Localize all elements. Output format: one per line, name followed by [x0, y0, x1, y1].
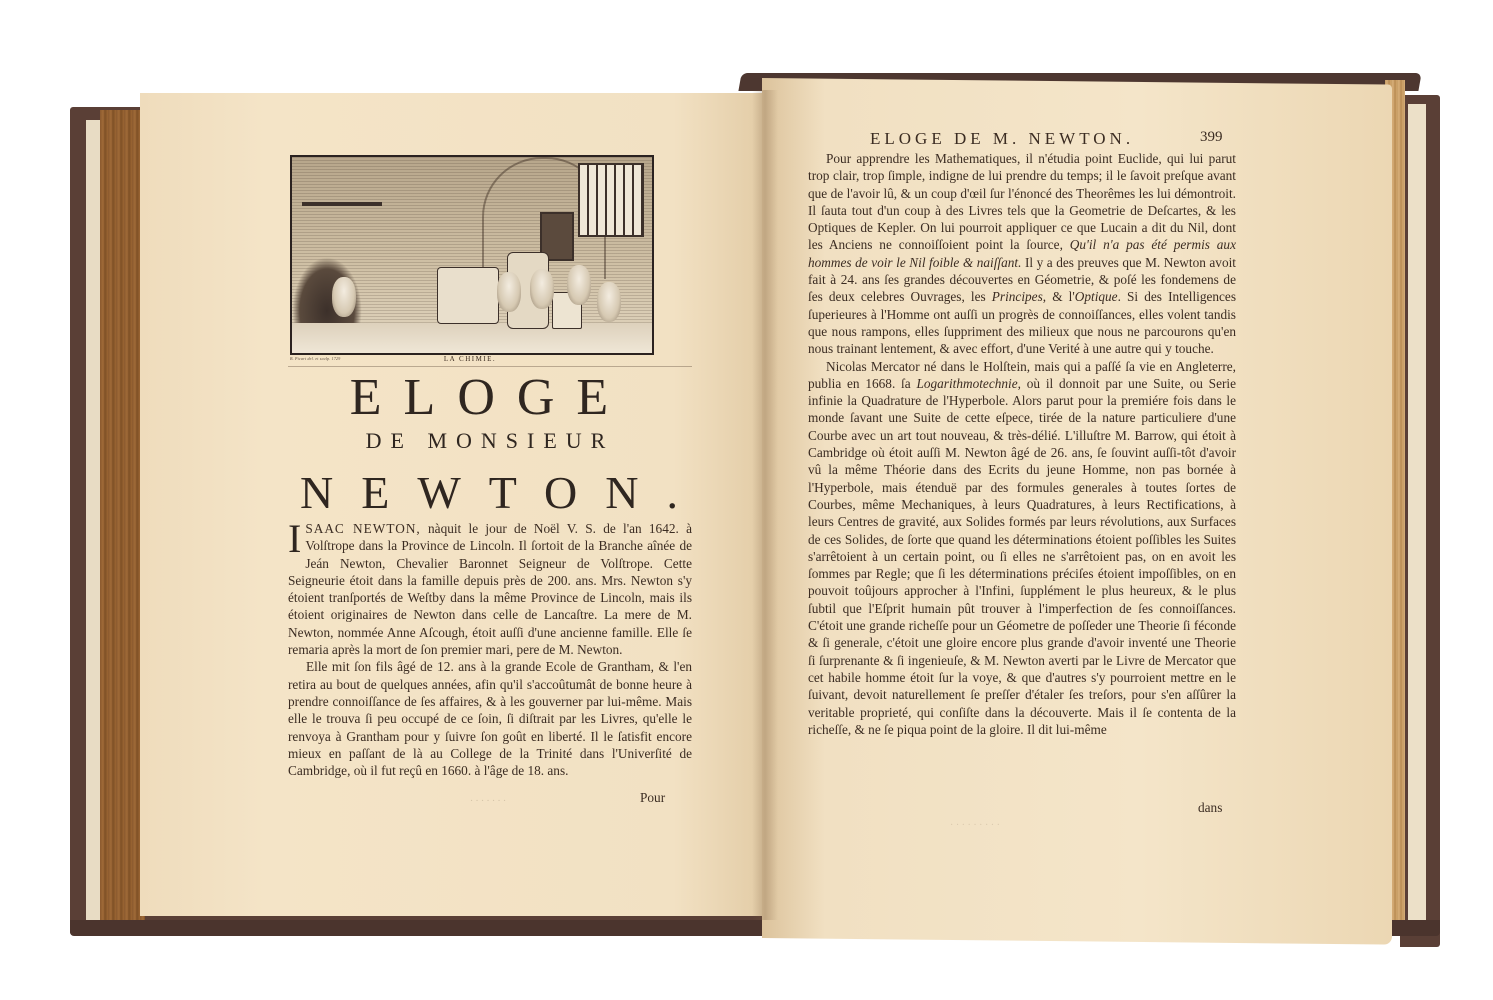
show-through-text: · · · · · · · · · [950, 820, 1000, 831]
engraving-putto [567, 265, 591, 305]
paragraph-mathematics: Pour apprendre les Mathematiques, il n'é… [808, 150, 1236, 358]
right-page-body: Pour apprendre les Mathematiques, il n'é… [808, 150, 1236, 738]
catchword: Pour [640, 790, 665, 806]
engraving-putto [497, 272, 521, 312]
paragraph-text: , où il donnoit par une Suite, ou Serie … [808, 376, 1236, 737]
italic-title-optique: Optique [1075, 289, 1118, 304]
title-newton: NEWTON. [300, 466, 690, 519]
engraving-furnace [437, 267, 499, 324]
engraving-floor [292, 323, 652, 353]
title-de-monsieur: DE MONSIEUR [340, 428, 640, 454]
italic-title-logarithmotechnie: Logarithmotechnie [916, 376, 1017, 391]
running-head: ELOGE DE M. NEWTON. [870, 129, 1134, 149]
paragraph-birth: ISAAC NEWTON, nàquit le jour de Noël V. … [288, 520, 692, 658]
show-through-text: · · · · · · · [470, 795, 506, 807]
paragraph-text: , & l' [1043, 289, 1075, 304]
engraving-putto [530, 269, 554, 309]
cover-endpaper-right [1408, 104, 1426, 934]
name-smallcaps: SAAC NEWTON, [305, 521, 420, 536]
page-number: 399 [1200, 129, 1223, 146]
engraving-putto [597, 282, 621, 322]
paragraph-text: nàquit le jour de Noël V. S. de l'an 164… [288, 521, 692, 657]
engraving-la-chimie [290, 155, 654, 355]
caption-rule [288, 366, 692, 367]
engraving-putto [332, 277, 356, 317]
catchword: dans [1198, 800, 1222, 816]
paragraph-mercator: Nicolas Mercator né dans le Holſtein, ma… [808, 358, 1236, 739]
book-gutter [752, 90, 778, 920]
paragraph-education: Elle mit ſon fils âgé de 12. ans à la gr… [288, 658, 692, 779]
title-eloge: ELOGE [340, 368, 640, 428]
left-page-body: ISAAC NEWTON, nàquit le jour de Noël V. … [288, 520, 692, 779]
page-edges-left [100, 110, 145, 920]
engraving-shelf [302, 202, 382, 206]
engraving-window [578, 163, 644, 237]
drop-cap: I [288, 522, 301, 556]
italic-title-principes: Principes [992, 289, 1043, 304]
